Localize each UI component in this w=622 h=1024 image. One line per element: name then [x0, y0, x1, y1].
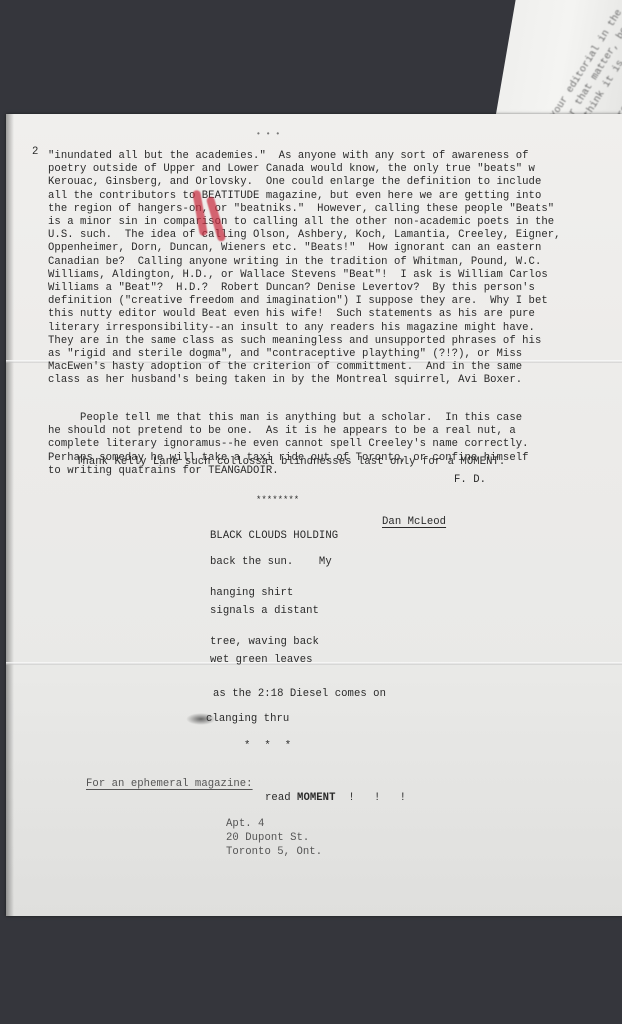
advert-label: For an ephemeral magazine: — [86, 778, 253, 791]
closing-line: Thank Kelly Lane such collossal blindnes… — [76, 456, 505, 469]
poem-line: hanging shirt — [210, 587, 293, 600]
page-number: 2 — [32, 146, 38, 159]
poem-line: as the 2:18 Diesel comes on — [213, 688, 386, 701]
poem-line: back the sun. My — [210, 556, 332, 569]
poem-line: wet green leaves — [210, 654, 313, 667]
section-separator: ******** — [256, 494, 299, 507]
poem-author: Dan McLeod — [382, 516, 446, 529]
poem-title: BLACK CLOUDS HOLDING — [210, 530, 338, 543]
poem-end-marks: *** — [244, 740, 305, 753]
paragraph-1: "inundated all but the academies." As an… — [48, 150, 561, 388]
poem-line: signals a distant — [210, 605, 319, 618]
advert-text: read MOMENT ! ! ! — [265, 792, 406, 805]
poem-line: tree, waving back — [210, 636, 319, 649]
poem-line: clanging thru — [206, 713, 289, 726]
paper-fold-crease — [6, 662, 622, 665]
mailing-address: Apt. 4 20 Dupont St. Toronto 5, Ont. — [226, 817, 322, 859]
signature: F. D. — [454, 474, 486, 487]
header-marks: • • • — [256, 128, 280, 141]
